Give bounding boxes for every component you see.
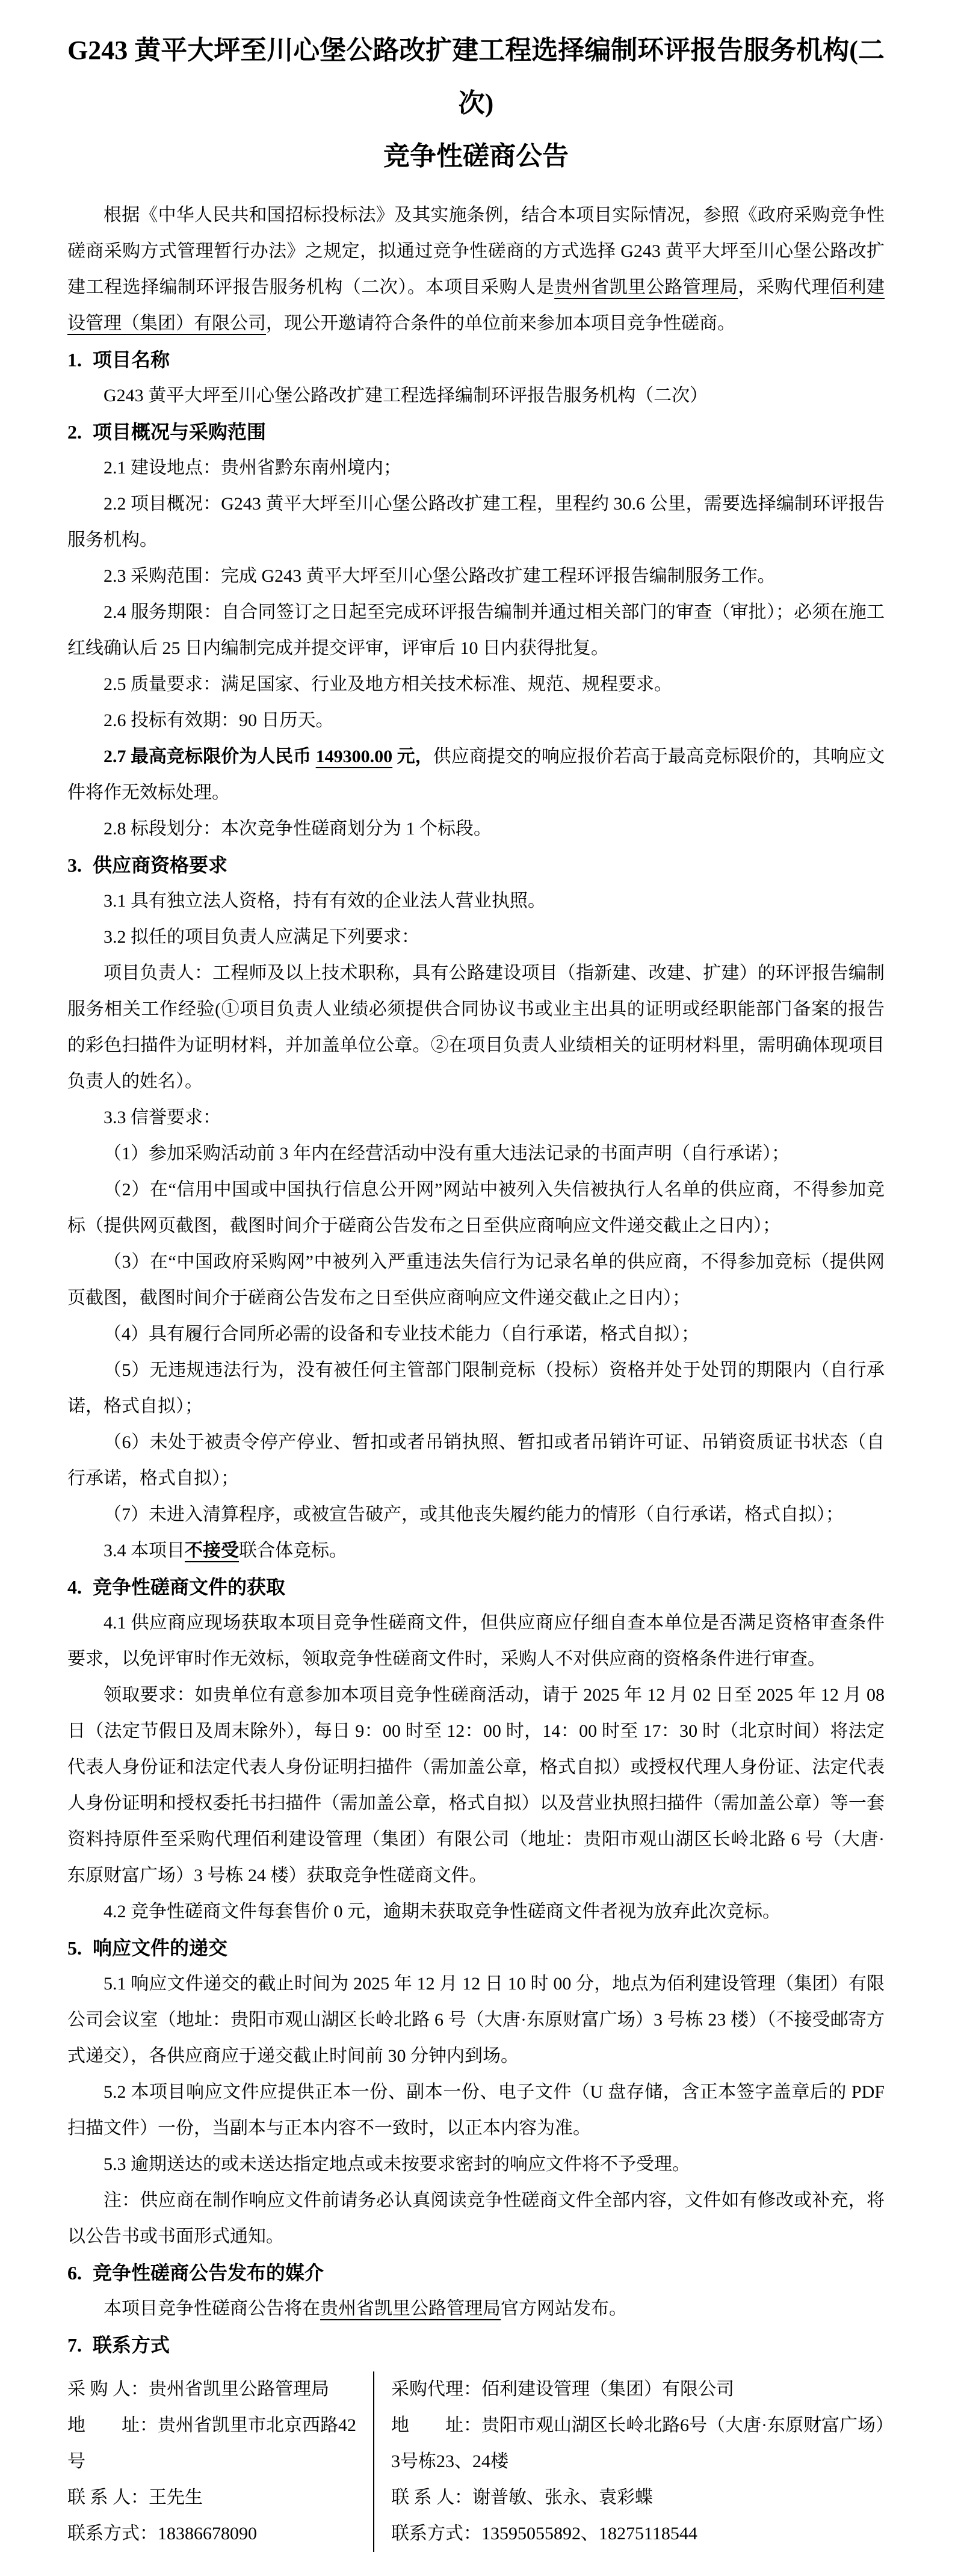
section-3-heading: 3.供应商资格要求: [67, 847, 885, 883]
purchaser-contact-person-row: 联 系 人：王先生: [67, 2480, 365, 2516]
para-3-3: 3.3 信誉要求：: [67, 1100, 885, 1136]
section-2-number: 2.: [67, 421, 82, 443]
max-price-label: 2.7 最高竞标限价为人民币: [104, 747, 316, 766]
section-3-title: 供应商资格要求: [93, 854, 227, 876]
para-4-1: 4.1 供应商应现场获取本项目竞争性磋商文件，但供应商应仔细自查本单位是否满足资…: [67, 1605, 885, 1677]
para-3-2-detail: 项目负责人：工程师及以上技术职称，具有公路建设项目（指新建、改建、扩建）的环评报…: [67, 955, 885, 1100]
purchaser-name-row: 采 购 人：贵州省凯里公路管理局: [67, 2371, 365, 2408]
para-3-4: 3.4 本项目不接受联合体竞标。: [67, 1533, 885, 1569]
para-2-1: 2.1 建设地点：贵州省黔东南州境内；: [67, 450, 885, 486]
credit-item-7: （7）未进入清算程序，或被宣告破产，或其他丧失履约能力的情形（自行承诺，格式自拟…: [67, 1497, 885, 1533]
section-7-number: 7.: [67, 2334, 82, 2356]
section-3-number: 3.: [67, 854, 82, 876]
para-2-5: 2.5 质量要求：满足国家、行业及地方相关技术标准、规范、规程要求。: [67, 667, 885, 703]
max-price-value: 149300.00: [316, 747, 393, 766]
section-7-heading: 7.联系方式: [67, 2327, 885, 2363]
intro-text-2: ，采购代理: [738, 277, 830, 297]
section-7-title: 联系方式: [93, 2334, 170, 2356]
section-1-title: 项目名称: [93, 349, 170, 371]
announcement-document: G243 黄平大坪至川心堡公路改扩建工程选择编制环评报告服务机构(二次) 竞争性…: [0, 0, 955, 2576]
para-2-3: 2.3 采购范围：完成 G243 黄平大坪至川心堡公路改扩建工程环评报告编制服务…: [67, 558, 885, 594]
para-3-1: 3.1 具有独立法人资格，持有有效的企业法人营业执照。: [67, 883, 885, 919]
agency-contact-person-row: 联 系 人：谢普敏、张永、袁彩蝶: [391, 2480, 885, 2516]
max-price-unit: 元，: [392, 747, 433, 766]
para-project-name: G243 黄平大坪至川心堡公路改扩建工程选择编制环评报告服务机构（二次）: [67, 378, 885, 414]
section-4-number: 4.: [67, 1576, 82, 1598]
section-2-heading: 2.项目概况与采购范围: [67, 414, 885, 450]
section-6-heading: 6.竞争性磋商公告发布的媒介: [67, 2255, 885, 2291]
agency-name-row: 采购代理：佰利建设管理（集团）有限公司: [391, 2371, 885, 2408]
publish-website-underlined: 贵州省凯里公路管理局: [320, 2299, 501, 2319]
section-1-heading: 1.项目名称: [67, 342, 885, 378]
document-title: G243 黄平大坪至川心堡公路改扩建工程选择编制环评报告服务机构(二次) 竞争性…: [67, 24, 885, 183]
buyer-name-underlined: 贵州省凯里公路管理局: [554, 277, 738, 297]
section-5-number: 5.: [67, 1937, 82, 1959]
para-3-2: 3.2 拟任的项目负责人应满足下列要求：: [67, 919, 885, 955]
contact-column-purchaser: 采 购 人：贵州省凯里公路管理局 地 址：贵州省凯里市北京西路42号 联 系 人…: [67, 2371, 373, 2552]
contact-table: 采 购 人：贵州省凯里公路管理局 地 址：贵州省凯里市北京西路42号 联 系 人…: [67, 2371, 885, 2552]
document-title-line2: 竞争性磋商公告: [67, 130, 885, 183]
credit-item-4: （4）具有履行合同所必需的设备和专业技术能力（自行承诺，格式自拟）；: [67, 1316, 885, 1352]
credit-item-6: （6）未处于被责令停产停业、暂扣或者吊销执照、暂扣或者吊销许可证、吊销资质证书状…: [67, 1425, 885, 1497]
section-5-heading: 5.响应文件的递交: [67, 1930, 885, 1966]
para-2-4: 2.4 服务期限：自合同签订之日起至完成环评报告编制并通过相关部门的审查（审批）…: [67, 594, 885, 667]
credit-item-2: （2）在“信用中国或中国执行信息公开网”网站中被列入失信被执行人名单的供应商，不…: [67, 1172, 885, 1244]
para-2-7: 2.7 最高竞标限价为人民币 149300.00 元，供应商提交的响应报价若高于…: [67, 739, 885, 811]
no-consortium-underlined: 不接受: [185, 1541, 239, 1561]
para-4-2: 4.2 竞争性磋商文件每套售价 0 元，逾期未获取竞争性磋商文件者视为放弃此次竞…: [67, 1894, 885, 1930]
publish-medium-pre: 本项目竞争性磋商公告将在: [104, 2299, 320, 2319]
para-2-2: 2.2 项目概况：G243 黄平大坪至川心堡公路改扩建工程，里程约 30.6 公…: [67, 486, 885, 558]
section-6-number: 6.: [67, 2262, 82, 2284]
contact-column-agency: 采购代理：佰利建设管理（集团）有限公司 地 址：贵阳市观山湖区长岭北路6号（大唐…: [373, 2371, 885, 2552]
para-2-8: 2.8 标段划分：本次竞争性磋商划分为 1 个标段。: [67, 811, 885, 847]
para-5-2: 5.2 本项目响应文件应提供正本一份、副本一份、电子文件（U 盘存储，含正本签字…: [67, 2074, 885, 2146]
purchaser-phone-row: 联系方式：18386678090: [67, 2516, 365, 2552]
para-note: 注：供应商在制作响应文件前请务必认真阅读竞争性磋商文件全部内容，文件如有修改或补…: [67, 2183, 885, 2255]
para-5-1: 5.1 响应文件递交的截止时间为 2025 年 12 月 12 日 10 时 0…: [67, 1966, 885, 2074]
section-5-title: 响应文件的递交: [93, 1937, 227, 1959]
publish-medium-post: 官方网站发布。: [501, 2299, 627, 2319]
section-2-title: 项目概况与采购范围: [93, 421, 266, 443]
section-1-number: 1.: [67, 349, 82, 371]
intro-text-3: ，现公开邀请符合条件的单位前来参加本项目竞争性磋商。: [266, 313, 735, 333]
section-4-title: 竞争性磋商文件的获取: [93, 1576, 285, 1598]
credit-item-1: （1）参加采购活动前 3 年内在经营活动中没有重大违法记录的书面声明（自行承诺）…: [67, 1136, 885, 1172]
intro-paragraph: 根据《中华人民共和国招标投标法》及其实施条例，结合本项目实际情况，参照《政府采购…: [67, 197, 885, 342]
document-title-line1: G243 黄平大坪至川心堡公路改扩建工程选择编制环评报告服务机构(二次): [67, 24, 885, 130]
credit-item-5: （5）无违规违法行为，没有被任何主管部门限制竞标（投标）资格并处于处罚的期限内（…: [67, 1352, 885, 1425]
para-collection-requirements: 领取要求：如贵单位有意参加本项目竞争性磋商活动，请于 2025 年 12 月 0…: [67, 1677, 885, 1894]
para-2-6: 2.6 投标有效期：90 日历天。: [67, 703, 885, 739]
para-5-3: 5.3 逾期送达的或未送达指定地点或未按要求密封的响应文件将不予受理。: [67, 2146, 885, 2183]
section-4-heading: 4.竞争性磋商文件的获取: [67, 1569, 885, 1605]
agency-address-row: 地 址：贵阳市观山湖区长岭北路6号（大唐·东原财富广场）3号栋23、24楼: [391, 2408, 885, 2480]
purchaser-address-row: 地 址：贵州省凯里市北京西路42号: [67, 2408, 365, 2480]
para-3-4-post: 联合体竞标。: [239, 1541, 347, 1561]
para-3-4-pre: 3.4 本项目: [104, 1541, 185, 1561]
para-publish-medium: 本项目竞争性磋商公告将在贵州省凯里公路管理局官方网站发布。: [67, 2291, 885, 2327]
credit-item-3: （3）在“中国政府采购网”中被列入严重违法失信行为记录名单的供应商，不得参加竞标…: [67, 1244, 885, 1316]
agency-phone-row: 联系方式：13595055892、18275118544: [391, 2516, 885, 2552]
section-6-title: 竞争性磋商公告发布的媒介: [93, 2262, 324, 2284]
